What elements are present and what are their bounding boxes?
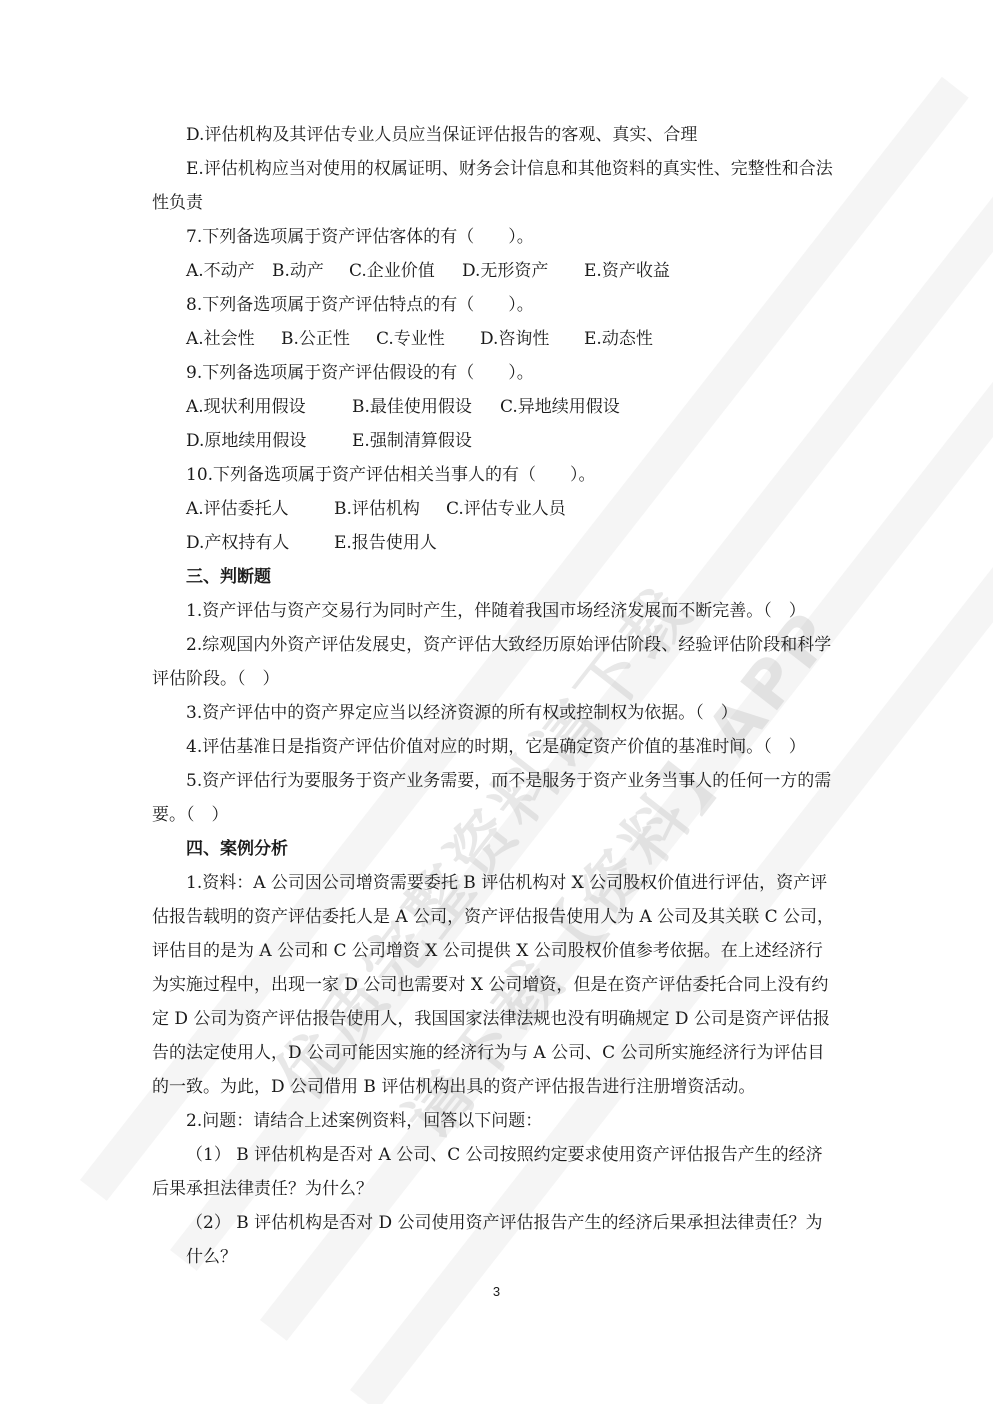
tf-item-1: 1.资产评估与资产交易行为同时产生，伴随着我国市场经济发展而不断完善。（ ） bbox=[152, 594, 844, 628]
option: C.评估专业人员 bbox=[446, 492, 566, 526]
case-material-line: 为实施过程中，出现一家 D 公司也需要对 X 公司增资，但是在资产评估委托合同上… bbox=[152, 968, 844, 1002]
question-7-options: A.不动产B.动产C.企业价值D.无形资产E.资产收益 bbox=[152, 254, 844, 288]
option: D.咨询性 bbox=[480, 322, 584, 356]
tf-item-5-cont: 要。（ ） bbox=[152, 798, 844, 832]
question-7: 7.下列备选项属于资产评估客体的有（ ）。 bbox=[152, 220, 844, 254]
tf-item-3: 3.资产评估中的资产界定应当以经济资源的所有权或控制权为依据。（ ） bbox=[152, 696, 844, 730]
option: D.产权持有人 bbox=[186, 526, 334, 560]
option: E.动态性 bbox=[584, 322, 653, 356]
tf-item-4: 4.评估基准日是指资产评估价值对应的时期，它是确定资产价值的基准时间。（ ） bbox=[152, 730, 844, 764]
case-question-1: （1） B 评估机构是否对 A 公司、C 公司按照约定要求使用资产评估报告产生的… bbox=[152, 1138, 844, 1172]
option: D.无形资产 bbox=[462, 254, 584, 288]
prev-option-e-cont: 性负责 bbox=[152, 186, 844, 220]
question-8-options: A.社会性B.公正性C.专业性D.咨询性E.动态性 bbox=[152, 322, 844, 356]
case-material-line: 评估目的是为 A 公司和 C 公司增资 X 公司提供 X 公司股权价值参考依据。… bbox=[152, 934, 844, 968]
question-8: 8.下列备选项属于资产评估特点的有（ ）。 bbox=[152, 288, 844, 322]
option: C.企业价值 bbox=[349, 254, 462, 288]
option: C.专业性 bbox=[376, 322, 480, 356]
case-question-2-cont: 什么？ bbox=[152, 1240, 844, 1274]
tf-item-5: 5.资产评估行为要服务于资产业务需要，而不是服务于资产业务当事人的任何一方的需 bbox=[152, 764, 844, 798]
option: E.资产收益 bbox=[584, 254, 670, 288]
document-page: D.评估机构及其评估专业人员应当保证评估报告的客观、真实、合理 E.评估机构应当… bbox=[152, 118, 844, 1274]
question-10-options-row1: A.评估委托人B.评估机构C.评估专业人员 bbox=[152, 492, 844, 526]
question-9-options-row2: D.原地续用假设E.强制清算假设 bbox=[152, 424, 844, 458]
option: B.最佳使用假设 bbox=[352, 390, 500, 424]
option: E.强制清算假设 bbox=[352, 424, 472, 458]
option: C.异地续用假设 bbox=[500, 390, 620, 424]
option: D.原地续用假设 bbox=[186, 424, 352, 458]
prev-option-d: D.评估机构及其评估专业人员应当保证评估报告的客观、真实、合理 bbox=[152, 118, 844, 152]
option: A.评估委托人 bbox=[186, 492, 334, 526]
option: A.现状利用假设 bbox=[186, 390, 352, 424]
case-material-line: 估报告载明的资产评估委托人是 A 公司，资产评估报告使用人为 A 公司及其关联 … bbox=[152, 900, 844, 934]
option: A.社会性 bbox=[186, 322, 281, 356]
case-question-1-cont: 后果承担法律责任？为什么？ bbox=[152, 1172, 844, 1206]
tf-item-2: 2.综观国内外资产评估发展史，资产评估大致经历原始评估阶段、经验评估阶段和科学 bbox=[152, 628, 844, 662]
page-number: 3 bbox=[0, 1284, 993, 1299]
option: E.报告使用人 bbox=[334, 526, 437, 560]
tf-item-2-cont: 评估阶段。（ ） bbox=[152, 662, 844, 696]
option: B.评估机构 bbox=[334, 492, 446, 526]
question-10-options-row2: D.产权持有人E.报告使用人 bbox=[152, 526, 844, 560]
case-material-line: 定 D 公司为资产评估报告使用人，我国国家法律法规也没有明确规定 D 公司是资产… bbox=[152, 1002, 844, 1036]
case-material-line: 1.资料：A 公司因公司增资需要委托 B 评估机构对 X 公司股权价值进行评估，… bbox=[152, 866, 844, 900]
case-question-2: （2） B 评估机构是否对 D 公司使用资产评估报告产生的经济后果承担法律责任？… bbox=[152, 1206, 844, 1240]
case-material-line: 告的法定使用人，D 公司可能因实施的经济行为与 A 公司、C 公司所实施经济行为… bbox=[152, 1036, 844, 1070]
question-9: 9.下列备选项属于资产评估假设的有（ ）。 bbox=[152, 356, 844, 390]
question-10: 10.下列备选项属于资产评估相关当事人的有（ ）。 bbox=[152, 458, 844, 492]
option: A.不动产 bbox=[186, 254, 272, 288]
prev-option-e: E.评估机构应当对使用的权属证明、财务会计信息和其他资料的真实性、完整性和合法 bbox=[152, 152, 844, 186]
case-question-intro: 2.问题：请结合上述案例资料，回答以下问题： bbox=[152, 1104, 844, 1138]
option: B.公正性 bbox=[281, 322, 376, 356]
section-heading-case-analysis: 四、案例分析 bbox=[152, 832, 844, 866]
option: B.动产 bbox=[272, 254, 349, 288]
case-material-line: 的一致。为此，D 公司借用 B 评估机构出具的资产评估报告进行注册增资活动。 bbox=[152, 1070, 844, 1104]
section-heading-true-false: 三、判断题 bbox=[152, 560, 844, 594]
question-9-options-row1: A.现状利用假设B.最佳使用假设C.异地续用假设 bbox=[152, 390, 844, 424]
